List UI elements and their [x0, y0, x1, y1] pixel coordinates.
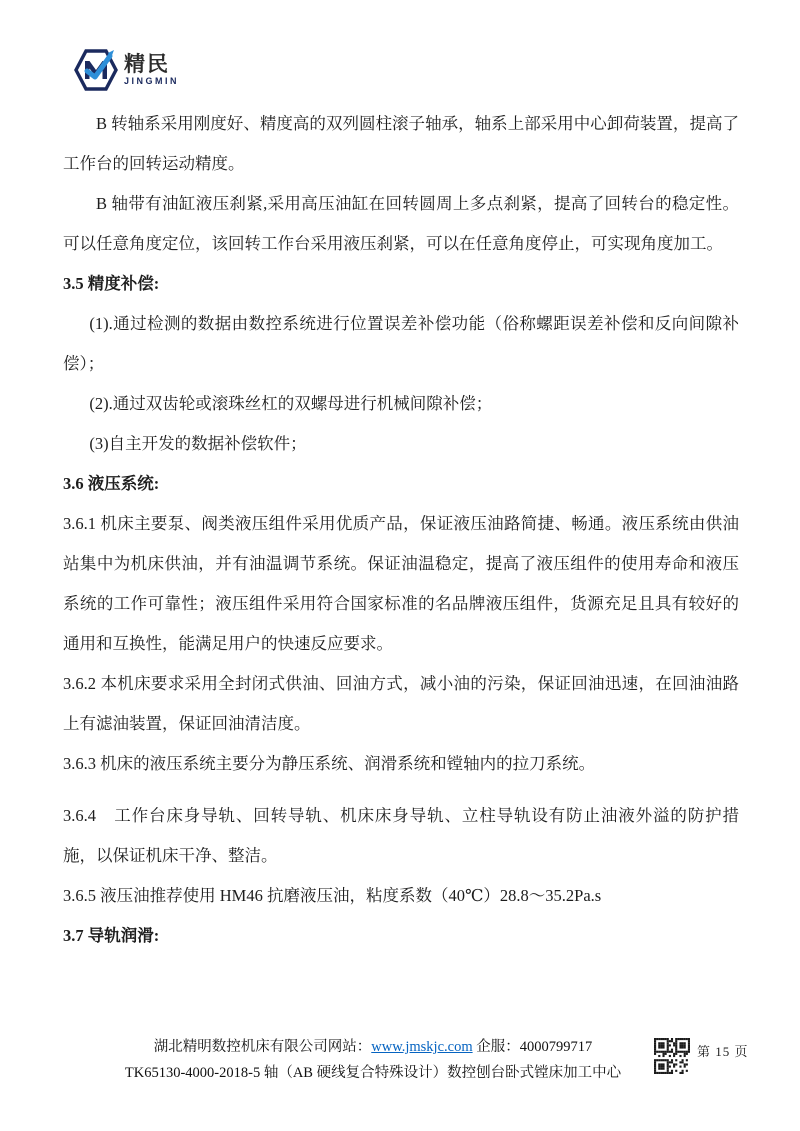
footer-line2-model: TK65130-4000-2018-5 轴（AB 硬线复合特殊设计）数控刨台卧式… — [58, 1060, 688, 1086]
document-body: B 转轴系采用刚度好、精度高的双列圆柱滚子轴承，轴系上部采用中心卸荷装置，提高了… — [63, 104, 739, 956]
paragraph-compensation-2: (2).通过双齿轮或滚珠丝杠的双螺母进行机械间隙补偿； — [63, 384, 739, 424]
page-footer: 湖北精明数控机床有限公司网站：www.jmskjc.com 企服：4000799… — [0, 1034, 800, 1104]
footer-text: 湖北精明数控机床有限公司网站：www.jmskjc.com 企服：4000799… — [58, 1034, 688, 1086]
page-number: 第 15 页 — [697, 1041, 749, 1060]
footer-line1: 湖北精明数控机床有限公司网站：www.jmskjc.com 企服：4000799… — [58, 1034, 688, 1060]
qr-code-icon — [654, 1038, 690, 1074]
heading-3-5: 3.5 精度补偿: — [63, 264, 739, 304]
website-link[interactable]: www.jmskjc.com — [371, 1039, 472, 1055]
paragraph-b-axis-bearings: B 转轴系采用刚度好、精度高的双列圆柱滚子轴承，轴系上部采用中心卸荷装置，提高了… — [63, 104, 739, 184]
paragraph-3-6-5: 3.6.5 液压油推荐使用 HM46 抗磨液压油，粘度系数（40℃）28.8～3… — [63, 876, 739, 916]
hexagon-m-logo-icon — [74, 47, 118, 93]
logo-text: 精民 JINGMIN — [124, 54, 179, 87]
document-page: 精民 JINGMIN B 转轴系采用刚度好、精度高的双列圆柱滚子轴承，轴系上部采… — [0, 0, 800, 1131]
heading-3-6: 3.6 液压系统: — [63, 464, 739, 504]
paragraph-b-axis-clamping: B 轴带有油缸液压刹紧,采用高压油缸在回转圆周上多点刹紧，提高了回转台的稳定性。… — [63, 184, 739, 264]
paragraph-3-6-3: 3.6.3 机床的液压系统主要分为静压系统、润滑系统和镗轴内的拉刀系统。 — [63, 744, 739, 784]
footer-service-phone: 企服：4000799717 — [473, 1039, 593, 1055]
paragraph-compensation-3: (3)自主开发的数据补偿软件； — [63, 424, 739, 464]
logo-name-en: JINGMIN — [124, 76, 179, 87]
logo-name-cn: 精民 — [124, 54, 179, 76]
heading-3-7: 3.7 导轨润滑: — [63, 916, 739, 956]
paragraph-3-6-1: 3.6.1 机床主要泵、阀类液压组件采用优质产品，保证液压油路简捷、畅通。液压系… — [63, 504, 739, 664]
footer-company: 湖北精明数控机床有限公司网站： — [154, 1039, 372, 1055]
paragraph-compensation-1: (1).通过检测的数据由数控系统进行位置误差补偿功能（俗称螺距误差补偿和反向间隙… — [63, 304, 739, 384]
jingmin-logo: 精民 JINGMIN — [74, 47, 179, 93]
paragraph-3-6-2: 3.6.2 本机床要求采用全封闭式供油、回油方式，减小油的污染，保证回油迅速，在… — [63, 664, 739, 744]
paragraph-3-6-4: 3.6.4 工作台床身导轨、回转导轨、机床床身导轨、立柱导轨设有防止油液外溢的防… — [63, 796, 739, 876]
